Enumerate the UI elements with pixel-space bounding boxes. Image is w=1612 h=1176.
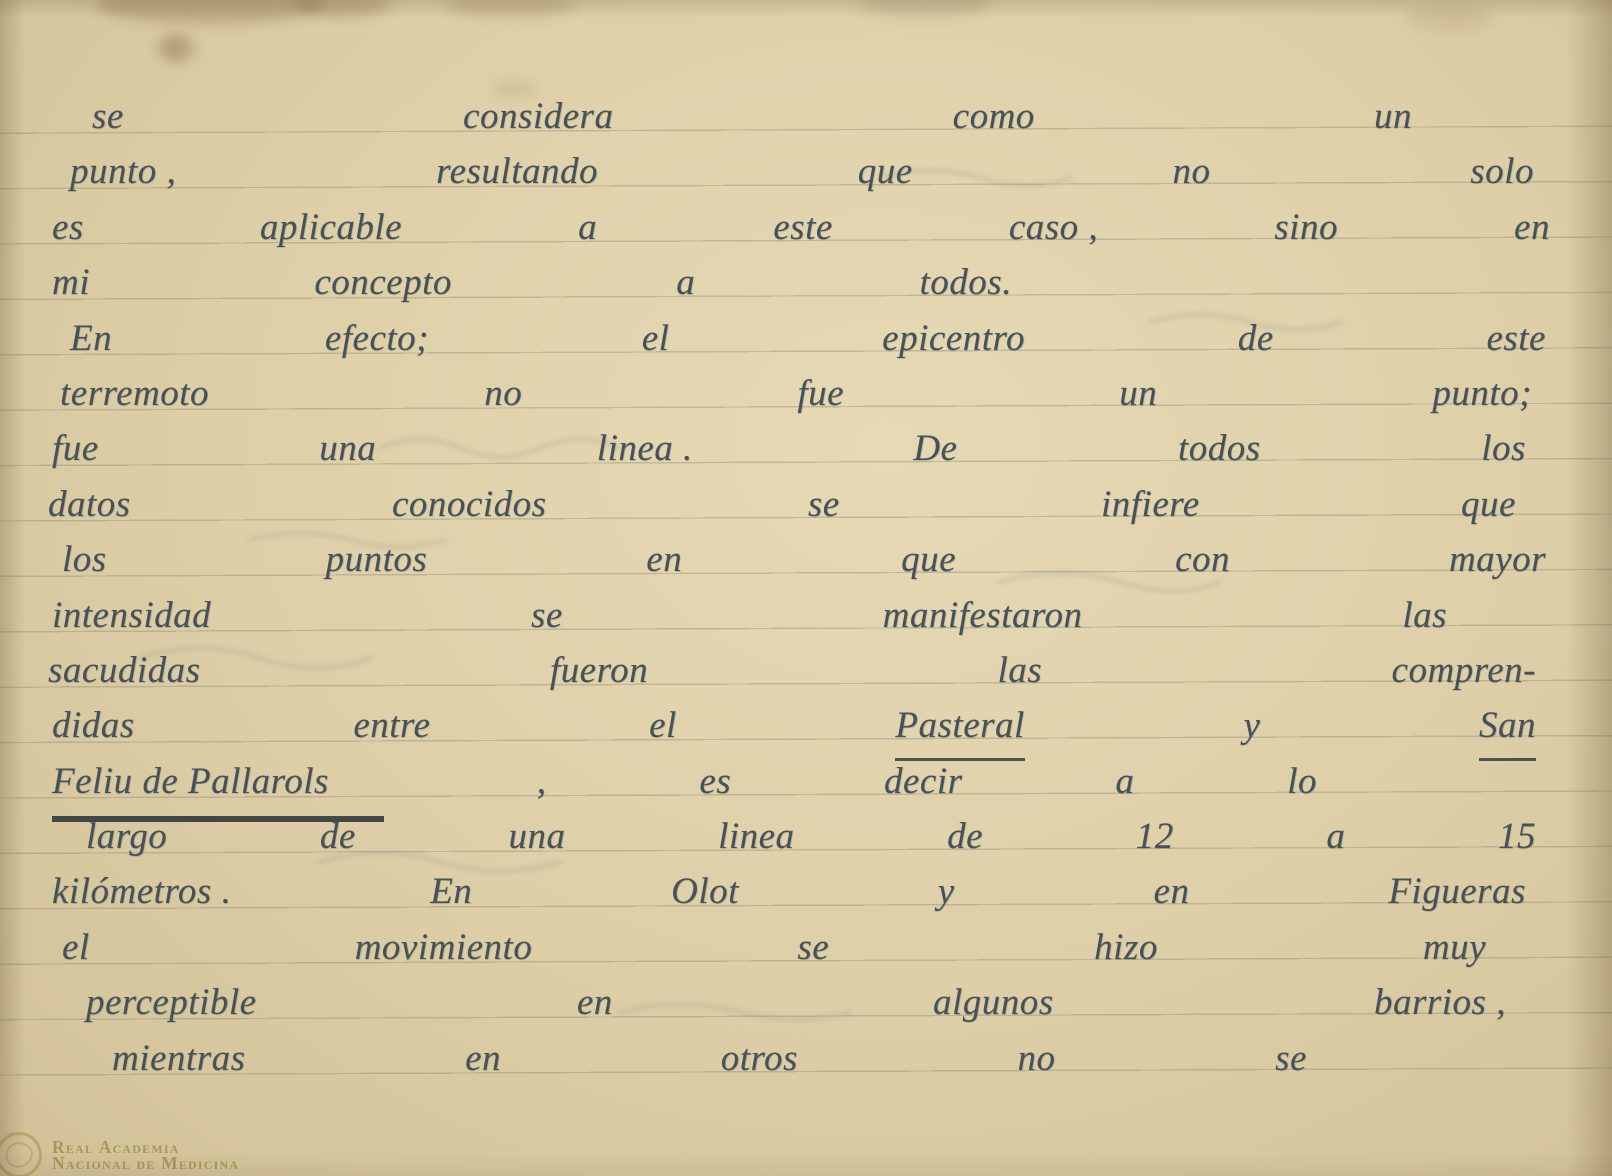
word: infiere [1101, 477, 1200, 532]
word: muy [1423, 920, 1486, 975]
manuscript-line: Feliu de Pallarols,esdeciralo [52, 754, 1317, 809]
word: el [62, 920, 90, 975]
word: lo [1287, 754, 1317, 809]
academy-seal-icon [0, 1132, 42, 1176]
word: caso , [1009, 200, 1098, 255]
word: a [578, 200, 597, 255]
word: mi [52, 255, 90, 310]
manuscript-text: seconsideracomounpunto ,resultandoquenos… [0, 89, 1612, 1086]
word: el [649, 698, 677, 753]
word: De [913, 421, 957, 476]
word: todos. [920, 255, 1012, 310]
word: linea [718, 809, 794, 864]
manuscript-line: Enefecto;elepicentrodeeste [70, 311, 1546, 366]
word: las [997, 643, 1042, 698]
word: manifestaron [883, 588, 1083, 643]
manuscript-line: datosconocidosseinfiereque [48, 477, 1516, 532]
word: datos [48, 477, 131, 532]
word: mayor [1449, 532, 1546, 587]
word: de [1238, 311, 1274, 366]
word: se [1275, 1031, 1307, 1086]
word: fue [797, 366, 844, 421]
word: con [1175, 532, 1230, 587]
word: concepto [314, 255, 452, 310]
manuscript-page: seconsideracomounpunto ,resultandoquenos… [0, 0, 1612, 1176]
word: aplicable [260, 200, 402, 255]
word: sino [1274, 200, 1338, 255]
watermark-line2: Nacional de Medicina [52, 1155, 239, 1171]
word: este [1486, 311, 1546, 366]
manuscript-line: esaplicableaestecaso ,sinoen [52, 200, 1550, 255]
manuscript-line: elmovimientosehizomuy [62, 920, 1486, 975]
manuscript-line: intensidadsemanifestaronlas [52, 588, 1447, 643]
word: , [537, 754, 547, 809]
word: punto; [1432, 366, 1532, 421]
word: largo [86, 809, 167, 864]
word: las [1402, 588, 1447, 643]
manuscript-line: lospuntosenqueconmayor [62, 532, 1546, 587]
word: en [465, 1031, 501, 1086]
word: fueron [550, 643, 648, 698]
word: puntos [326, 532, 428, 587]
word: no [1172, 144, 1210, 199]
word: mientras [112, 1031, 246, 1086]
word: todos [1178, 421, 1261, 476]
word: y [938, 864, 955, 919]
word: de [320, 809, 356, 864]
word: no [1018, 1031, 1056, 1086]
word: perceptible [86, 975, 257, 1030]
manuscript-line: seconsideracomoun [92, 89, 1412, 144]
word: movimiento [355, 920, 533, 975]
word: terremoto [60, 366, 209, 421]
word: una [319, 421, 376, 476]
word: en [1154, 864, 1190, 919]
word: En [430, 864, 472, 919]
word: intensidad [52, 588, 211, 643]
word: 15 [1498, 809, 1536, 864]
word: linea . [597, 421, 693, 476]
manuscript-line: sacudidasfueronlascompren- [48, 643, 1536, 698]
word: didas [52, 698, 135, 753]
word: que [858, 144, 913, 199]
manuscript-line: fueunalinea .Detodoslos [52, 421, 1526, 476]
underlined-word: Pasteral [895, 698, 1024, 760]
word: se [797, 920, 829, 975]
word: resultando [436, 144, 598, 199]
word: en [577, 975, 613, 1030]
manuscript-line: terremotonofueunpunto; [60, 366, 1532, 421]
word: es [699, 754, 731, 809]
word: Olot [671, 864, 739, 919]
word: una [508, 809, 565, 864]
word: se [808, 477, 840, 532]
word: otros [721, 1031, 798, 1086]
word: punto , [70, 144, 176, 199]
word: como [953, 89, 1035, 144]
word: a [676, 255, 695, 310]
watermark: Real Academia Nacional de Medicina [2, 1132, 239, 1176]
word: compren- [1392, 643, 1536, 698]
word: hizo [1094, 920, 1158, 975]
word: que [901, 532, 956, 587]
underlined-word: San [1479, 698, 1536, 760]
manuscript-line: didasentreelPasteralySan [52, 698, 1536, 753]
word: a [1326, 809, 1345, 864]
word: considera [463, 89, 613, 144]
word: los [62, 532, 107, 587]
word: en [646, 532, 682, 587]
word: efecto; [325, 311, 429, 366]
word: este [773, 200, 833, 255]
word: se [531, 588, 563, 643]
word: Figueras [1388, 864, 1526, 919]
word: entre [353, 698, 430, 753]
word: solo [1470, 144, 1534, 199]
word: fue [52, 421, 99, 476]
word: algunos [933, 975, 1054, 1030]
word: 12 [1136, 809, 1174, 864]
word: barrios , [1374, 975, 1506, 1030]
manuscript-line: miconceptoatodos. [52, 255, 1012, 310]
word: decir [884, 754, 963, 809]
word: y [1243, 698, 1260, 753]
manuscript-line: kilómetros .EnOlotyenFigueras [52, 864, 1526, 919]
word: los [1481, 421, 1526, 476]
manuscript-line: punto ,resultandoquenosolo [70, 144, 1534, 199]
word: conocidos [392, 477, 547, 532]
word: que [1461, 477, 1516, 532]
word: kilómetros . [52, 864, 231, 919]
word: se [92, 89, 124, 144]
word: en [1514, 200, 1550, 255]
word: un [1119, 366, 1157, 421]
word: es [52, 200, 84, 255]
word: de [947, 809, 983, 864]
word: En [70, 311, 112, 366]
manuscript-line: mientrasenotrosnose [112, 1031, 1307, 1086]
word: no [484, 366, 522, 421]
word: sacudidas [48, 643, 201, 698]
word: un [1374, 89, 1412, 144]
word: el [642, 311, 670, 366]
manuscript-line: perceptibleenalgunosbarrios , [86, 975, 1506, 1030]
word: epicentro [882, 311, 1025, 366]
watermark-text: Real Academia Nacional de Medicina [52, 1139, 239, 1171]
word: a [1115, 754, 1134, 809]
